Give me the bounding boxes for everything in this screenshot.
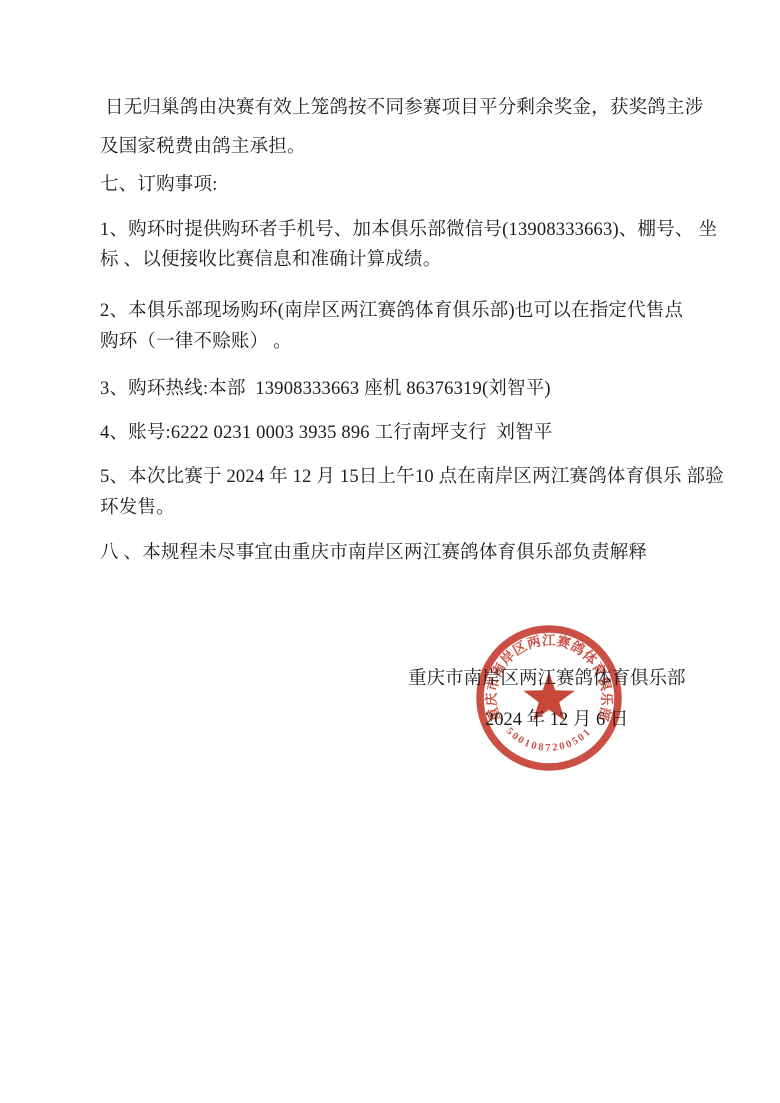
doc-line: 2、本俱乐部现场购环(南岸区两江赛鸽体育俱乐部)也可以在指定代售点 (100, 302, 683, 321)
doc-line: 3、购环热线:本部 13908333663 座机 86376319(刘智平) (100, 380, 551, 399)
doc-line: 购环（一律不赊账） 。 (100, 333, 292, 352)
doc-line: 5、本次比赛于 2024 年 12 月 15日上午10 点在南岸区两江赛鸽体育俱… (100, 468, 724, 487)
doc-line: 环发售。 (100, 499, 175, 518)
doc-line: 及国家税费由鸽主承担。 (100, 138, 306, 157)
doc-line: 日无归巢鸽由决赛有效上笼鸽按不同参赛项目平分剩余奖金，获奖鸽主涉 (100, 99, 703, 118)
doc-section-heading: 八 、本规程未尽事宜由重庆市南岸区两江赛鸽体育俱乐部负责解释 (100, 544, 647, 563)
doc-line: 4、账号:6222 0231 0003 3935 896 工行南坪支行 刘智平 (100, 424, 553, 443)
signature-date: 2024 年 12 月 6 日 (485, 711, 628, 730)
doc-line: 1、购环时提供购环者手机号、加本俱乐部微信号(13908333663)、棚号、 … (100, 221, 717, 240)
seal-serial-container: 5001087200501 (504, 726, 595, 754)
doc-section-heading: 七、订购事项: (100, 176, 218, 195)
seal-serial-number: 5001087200501 (504, 726, 595, 754)
doc-line: 标 、以便接收比赛信息和准确计算成绩。 (100, 251, 441, 270)
club-seal-stamp: 重庆市南岸区两江赛鸽体育俱乐部 5001087200501 (474, 623, 624, 773)
document-page: 日无归巢鸽由决赛有效上笼鸽按不同参赛项目平分剩余奖金，获奖鸽主涉 及国家税费由鸽… (0, 0, 780, 1103)
signature-organization: 重庆市南岸区两江赛鸽体育俱乐部 (408, 670, 686, 689)
